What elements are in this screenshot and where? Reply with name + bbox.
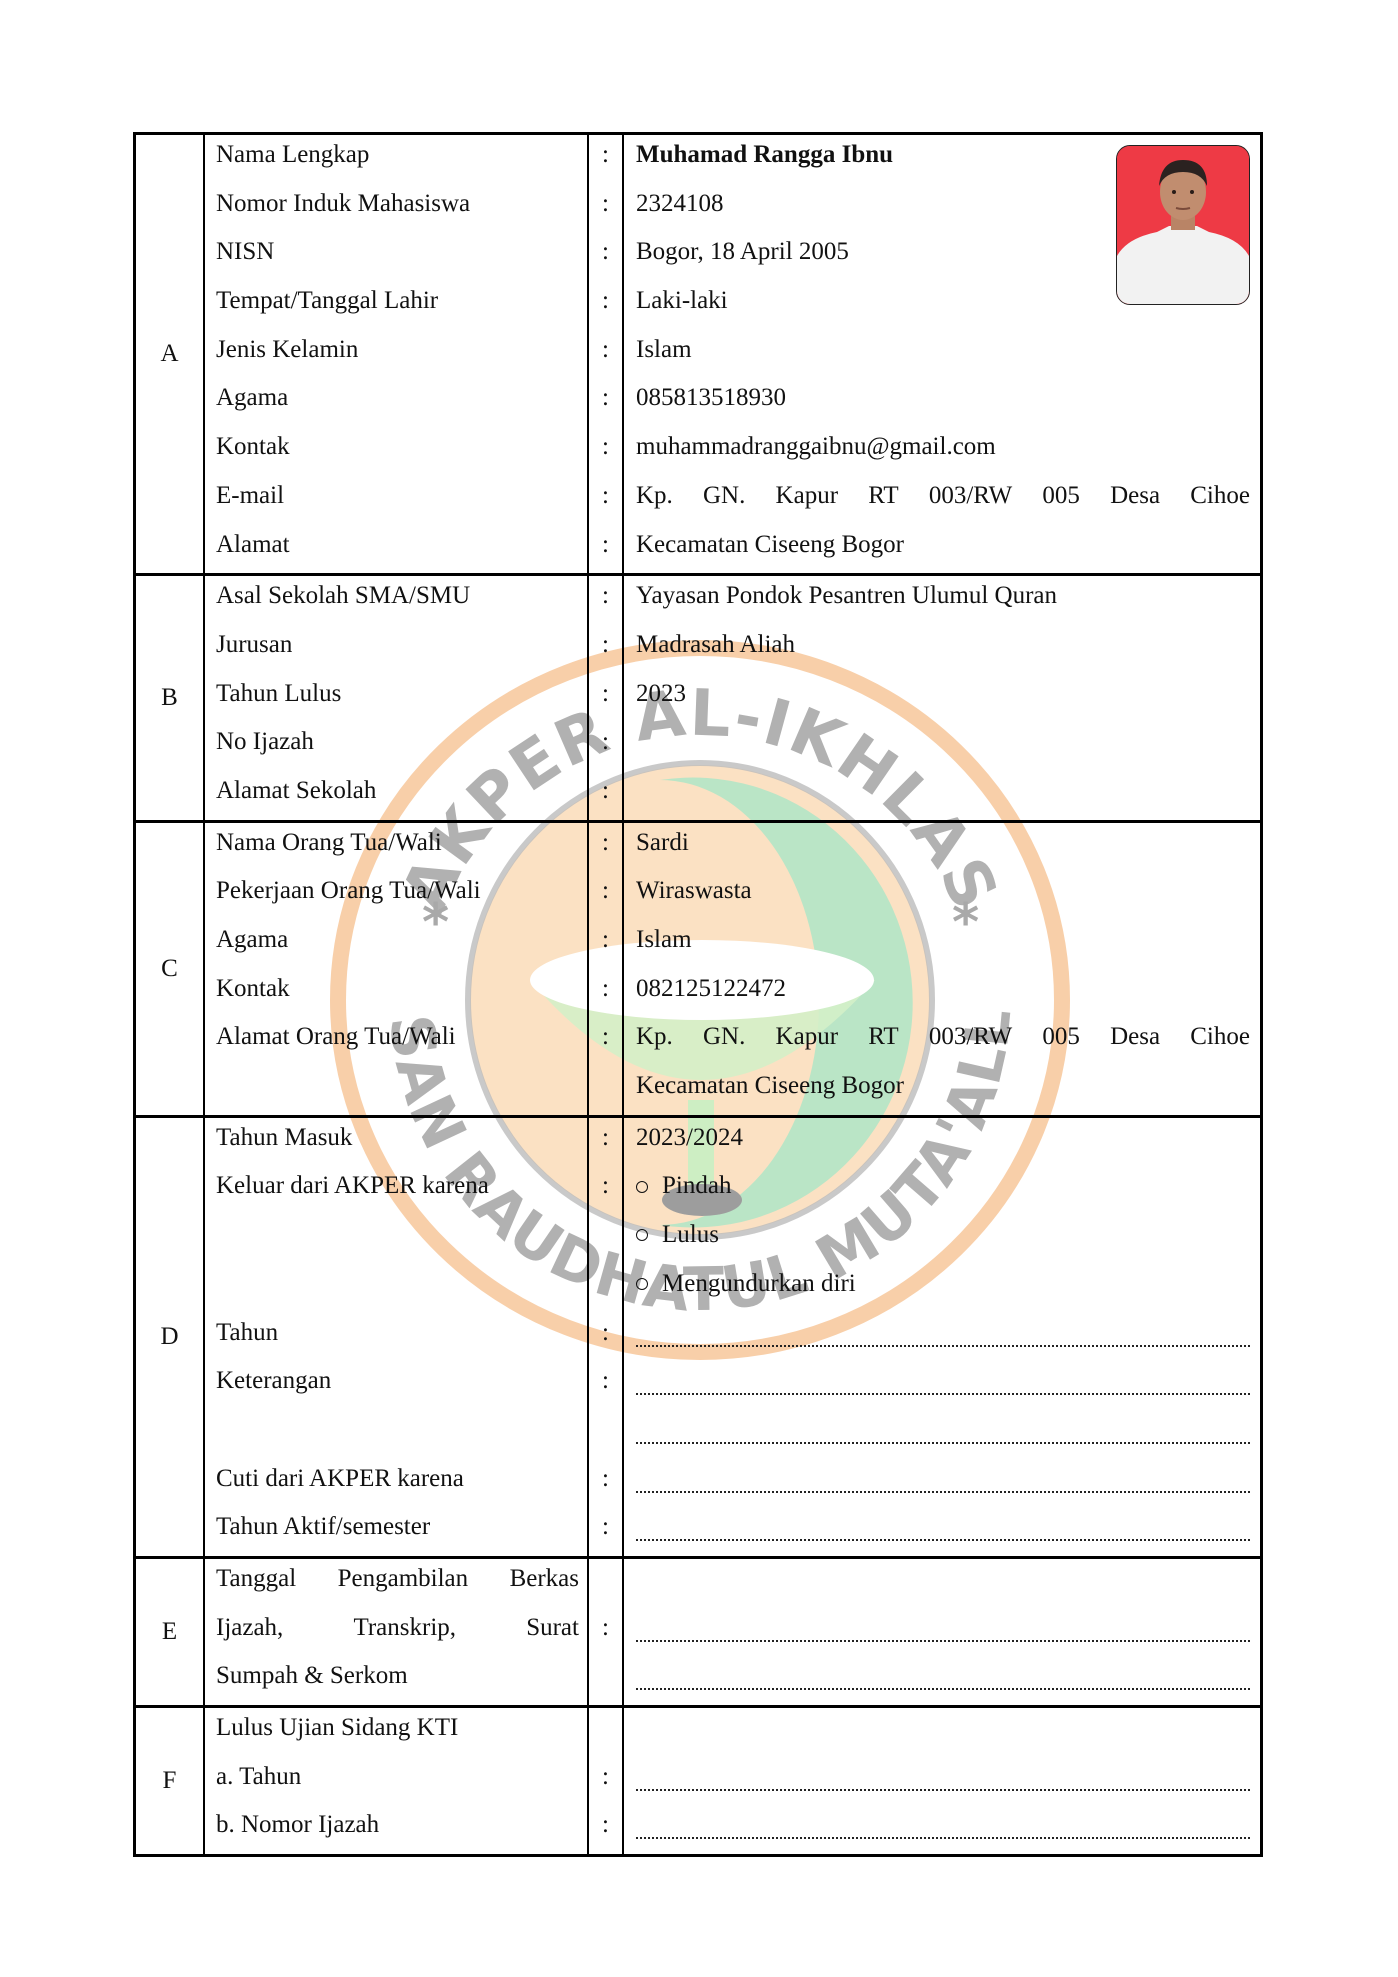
blank-field-tahun-sidang[interactable] [624,1757,1260,1806]
colon: : [589,969,622,1018]
word: 003/RW [929,476,1012,525]
value-alamat-orang-tua-cont: Kecamatan Ciseeng Bogor [624,1066,1260,1115]
section-c: C Nama Orang Tua/Wali Pekerjaan Orang Tu… [135,821,1262,1116]
label-kontak-orang-tua: Kontak [205,969,587,1018]
value-asal-sekolah: Yayasan Pondok Pesantren Ulumul Quran [624,576,1260,625]
value-kontak-orang-tua: 082125122472 [624,969,1260,1018]
value-no-ijazah [624,722,1260,771]
colon: : [589,920,622,969]
section-f-colons: : : [588,1707,623,1856]
label-tahun-masuk: Tahun Masuk [205,1118,587,1167]
blank-field-tahun[interactable] [624,1313,1260,1362]
label-no-ijazah: No Ijazah [205,722,587,771]
option-label: Mengundurkan diri [662,1270,856,1297]
colon: : [589,674,622,723]
label-nama-orang-tua: Nama Orang Tua/Wali [205,823,587,872]
word: Transkrip, [353,1608,456,1657]
value-jurusan: Madrasah Aliah [624,625,1260,674]
word: Kapur [776,1017,838,1066]
section-f-labels: Lulus Ujian Sidang KTI a. Tahun b. Nomor… [204,1707,588,1856]
label-empty [205,1410,587,1459]
colon [589,1264,622,1313]
section-letter: F [135,1707,205,1856]
label-tanggal-pengambilan-line2: Ijazah,Transkrip,Surat [205,1608,587,1657]
colon: : [589,823,622,872]
colon: : [589,1313,622,1362]
radio-circle-icon[interactable] [636,1181,648,1193]
colon: : [589,1361,622,1410]
section-e-values [623,1557,1262,1706]
option-mengundurkan-diri[interactable]: Mengundurkan diri [624,1264,1260,1313]
value-tahun-masuk: 2023/2024 [624,1118,1260,1167]
section-e: E TanggalPengambilanBerkas Ijazah,Transk… [135,1557,1262,1706]
label-email: E-mail [205,476,587,525]
section-a-labels: Nama Lengkap Nomor Induk Mahasiswa NISN … [204,134,588,575]
label-nisn: NISN [205,232,587,281]
word: RT [868,1017,898,1066]
blank-field-tahun-aktif[interactable] [624,1507,1260,1556]
word: Berkas [510,1559,579,1608]
value-alamat: Kecamatan Ciseeng Bogor [624,525,1260,574]
section-a-colons: : : : : : : : : : [588,134,623,575]
label-tanggal-pengambilan-line1: TanggalPengambilanBerkas [205,1559,587,1608]
word: 005 [1042,1017,1080,1066]
label-empty [205,1264,587,1313]
colon [589,1410,622,1459]
label-tahun-lulus: Tahun Lulus [205,674,587,723]
section-d-labels: Tahun Masuk Keluar dari AKPER karena Tah… [204,1116,588,1557]
word: GN. [703,476,745,525]
blank-field-tanggal-pengambilan[interactable] [624,1608,1260,1657]
document-page: AKPER AL-IKHLAS YAYASAN RAUDHATUL MUTA'A… [0,0,1398,1977]
value-kontak: muhammadranggaibnu@gmail.com [624,427,1260,476]
section-b-colons: : : : : : [588,575,623,821]
person-photo-icon [1117,146,1249,304]
section-d: D Tahun Masuk Keluar dari AKPER karena T… [135,1116,1262,1557]
colon: : [589,378,622,427]
label-empty [205,1066,587,1115]
blank-field-tanggal-pengambilan-2[interactable] [624,1656,1260,1705]
label-lulus-ujian-sidang: Lulus Ujian Sidang KTI [205,1708,587,1757]
value-agama: 085813518930 [624,378,1260,427]
colon [589,1066,622,1115]
blank-field-nomor-ijazah[interactable] [624,1805,1260,1854]
section-letter: D [135,1116,205,1557]
section-letter: B [135,575,205,821]
label-cuti-karena: Cuti dari AKPER karena [205,1459,587,1508]
label-keluar-karena: Keluar dari AKPER karena [205,1166,587,1215]
word: Kp. [636,1017,673,1066]
section-a-values: Muhamad Rangga Ibnu 2324108 Bogor, 18 Ap… [623,134,1262,575]
word: Ijazah, [216,1608,283,1657]
section-letter: C [135,821,205,1116]
colon: : [589,1757,622,1806]
colon: : [589,281,622,330]
label-alamat-orang-tua: Alamat Orang Tua/Wali [205,1017,587,1066]
colon [589,1708,622,1757]
section-letter: A [135,134,205,575]
word: 003/RW [929,1017,1012,1066]
section-letter: E [135,1557,205,1706]
word: Kp. [636,476,673,525]
colon: : [589,625,622,674]
label-nama-lengkap: Nama Lengkap [205,135,587,184]
word: Pengambilan [338,1559,469,1608]
value-tahun-lulus: 2023 [624,674,1260,723]
word: Tanggal [216,1559,296,1608]
value-nama-orang-tua: Sardi [624,823,1260,872]
value-pekerjaan-orang-tua: Wiraswasta [624,871,1260,920]
student-data-form: A Nama Lengkap Nomor Induk Mahasiswa NIS… [133,132,1263,1857]
section-a: A Nama Lengkap Nomor Induk Mahasiswa NIS… [135,134,1262,575]
colon: : [589,771,622,820]
colon: : [589,184,622,233]
value-alamat-orang-tua: Kp.GN.KapurRT003/RW005DesaCihoe [624,1017,1260,1066]
colon: : [589,427,622,476]
option-label: Lulus [662,1221,719,1248]
word: Kapur [776,476,838,525]
colon: : [589,871,622,920]
colon: : [589,1166,622,1215]
value-alamat-sekolah [624,771,1260,820]
colon: : [589,1118,622,1167]
colon: : [589,330,622,379]
student-photo [1116,145,1250,305]
word: Desa [1110,476,1160,525]
section-c-colons: : : : : : [588,821,623,1116]
word: Cihoe [1190,1017,1250,1066]
label-nim: Nomor Induk Mahasiswa [205,184,587,233]
colon: : [589,722,622,771]
colon: : [589,1805,622,1854]
value-jenis-kelamin: Islam [624,330,1260,379]
label-tahun: Tahun [205,1313,587,1362]
colon-empty [589,1559,622,1608]
blank-field-cuti-karena[interactable] [624,1459,1260,1508]
radio-circle-icon[interactable] [636,1278,648,1290]
word: Desa [1110,1017,1160,1066]
label-empty [205,1215,587,1264]
colon: : [589,135,622,184]
label-kontak: Kontak [205,427,587,476]
label-keterangan: Keterangan [205,1361,587,1410]
section-e-colons: : [588,1557,623,1706]
label-alamat: Alamat [205,525,587,574]
colon-empty [589,1656,622,1705]
section-b-labels: Asal Sekolah SMA/SMU Jurusan Tahun Lulus… [204,575,588,821]
section-b: B Asal Sekolah SMA/SMU Jurusan Tahun Lul… [135,575,1262,821]
colon: : [589,1608,622,1657]
option-pindah[interactable]: Pindah [624,1166,1260,1215]
label-tanggal-pengambilan-line3: Sumpah & Serkom [205,1656,587,1705]
colon: : [589,1017,622,1066]
colon [589,1215,622,1264]
section-c-values: Sardi Wiraswasta Islam 082125122472 Kp.G… [623,821,1262,1116]
colon: : [589,576,622,625]
label-agama: Agama [205,378,587,427]
word: RT [868,476,898,525]
label-nomor-ijazah: b. Nomor Ijazah [205,1805,587,1854]
value-agama-orang-tua: Islam [624,920,1260,969]
label-tahun-aktif: Tahun Aktif/semester [205,1507,587,1556]
label-pekerjaan-orang-tua: Pekerjaan Orang Tua/Wali [205,871,587,920]
word: 005 [1042,476,1080,525]
radio-circle-icon[interactable] [636,1229,648,1241]
word: Cihoe [1190,476,1250,525]
colon: : [589,1459,622,1508]
section-d-values: 2023/2024 Pindah Lulus Mengundurkan diri [623,1116,1262,1557]
colon: : [589,1507,622,1556]
colon: : [589,525,622,574]
option-lulus[interactable]: Lulus [624,1215,1260,1264]
section-f: F Lulus Ujian Sidang KTI a. Tahun b. Nom… [135,1707,1262,1856]
section-d-colons: : : : : : : [588,1116,623,1557]
section-c-labels: Nama Orang Tua/Wali Pekerjaan Orang Tua/… [204,821,588,1116]
label-tempat-tanggal-lahir: Tempat/Tanggal Lahir [205,281,587,330]
option-label: Pindah [662,1172,731,1199]
label-jenis-kelamin: Jenis Kelamin [205,330,587,379]
label-alamat-sekolah: Alamat Sekolah [205,771,587,820]
blank-field-keterangan-2[interactable] [624,1410,1260,1459]
blank-field-keterangan[interactable] [624,1361,1260,1410]
label-jurusan: Jurusan [205,625,587,674]
word: GN. [703,1017,745,1066]
label-tahun-sidang: a. Tahun [205,1757,587,1806]
section-e-labels: TanggalPengambilanBerkas Ijazah,Transkri… [204,1557,588,1706]
colon: : [589,232,622,281]
word: Surat [526,1608,579,1657]
label-agama-orang-tua: Agama [205,920,587,969]
label-asal-sekolah: Asal Sekolah SMA/SMU [205,576,587,625]
section-f-values [623,1707,1262,1856]
value-email: Kp.GN.KapurRT003/RW005DesaCihoe [624,476,1260,525]
colon: : [589,476,622,525]
section-b-values: Yayasan Pondok Pesantren Ulumul Quran Ma… [623,575,1262,821]
